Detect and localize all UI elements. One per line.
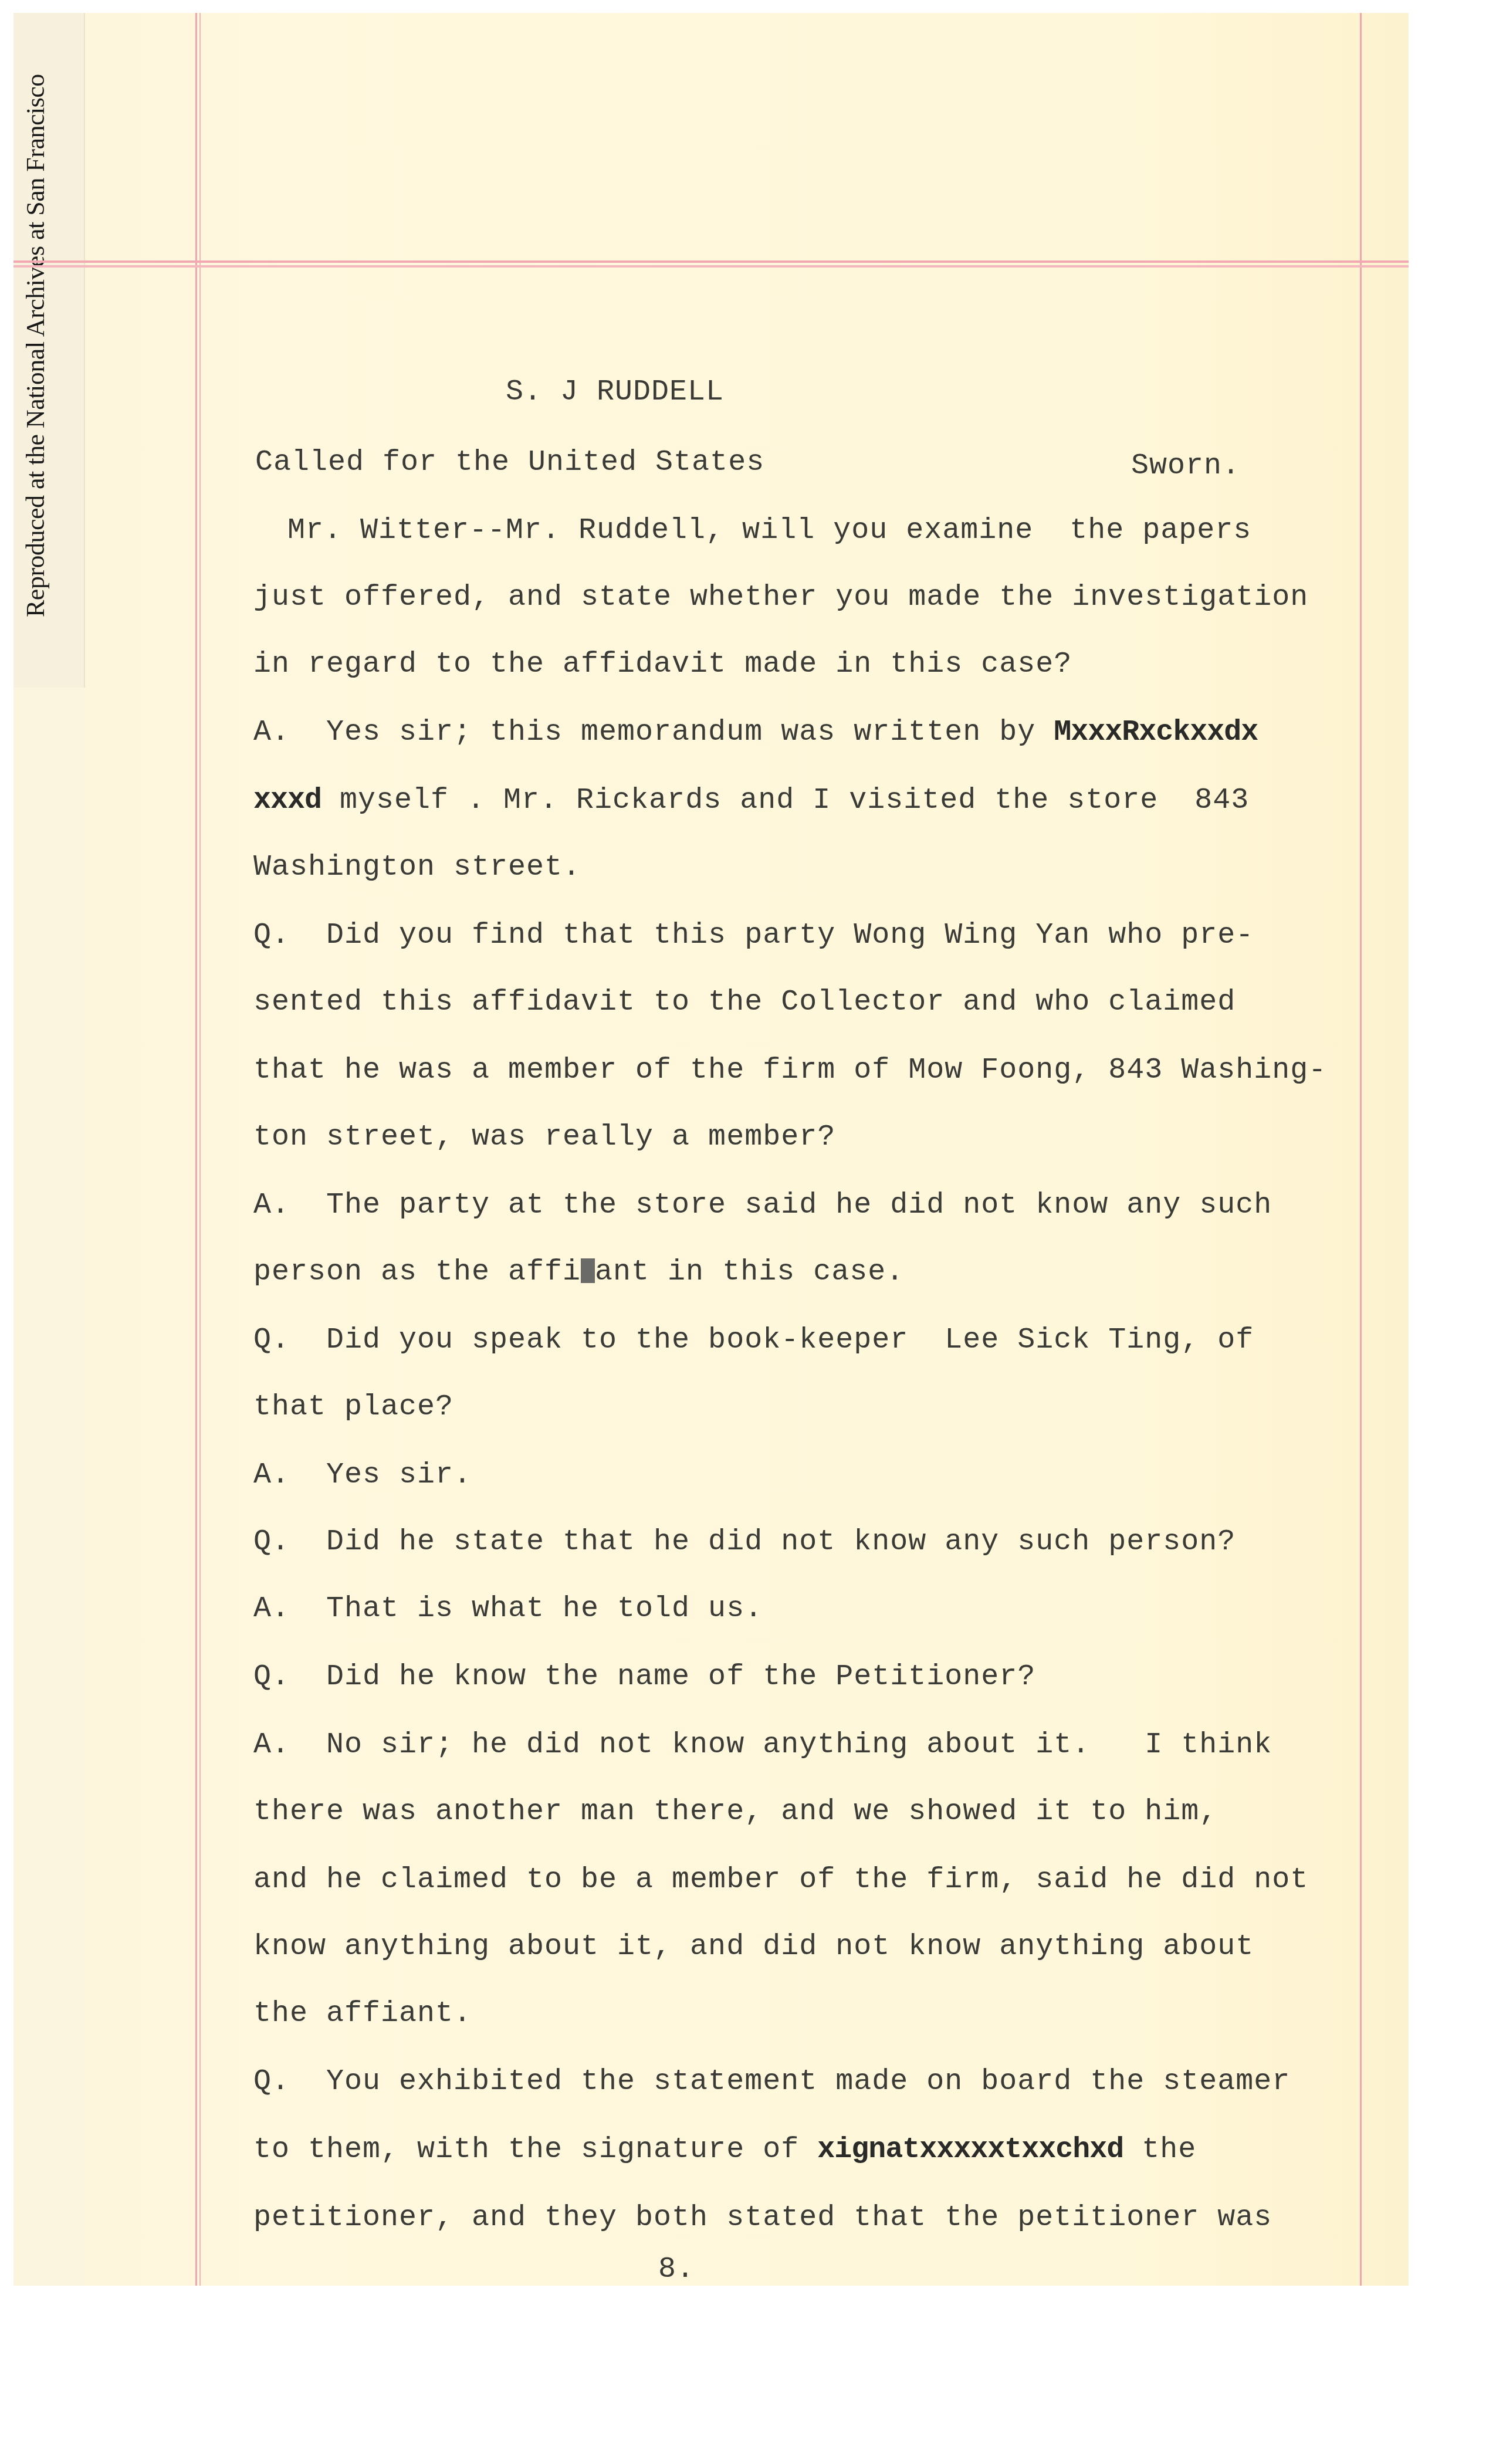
- testimony-line: know anything about it, and did not know…: [253, 1930, 1254, 1964]
- overtype-blot: [581, 1258, 595, 1283]
- line-text: A. Yes sir; this memorandum was written …: [253, 716, 1054, 749]
- testimony-line: Mr. Witter--Mr. Ruddell, will you examin…: [287, 514, 1251, 547]
- testimony-line: in regard to the affidavit made in this …: [253, 648, 1072, 681]
- witness-heading: S. J RUDDELL: [506, 375, 724, 409]
- testimony-line: A. Yes sir.: [253, 1458, 472, 1492]
- testimony-line: Q. You exhibited the statement made on b…: [253, 2065, 1290, 2099]
- testimony-line: person as the affiant in this case.: [253, 1255, 904, 1289]
- testimony-line: Q. Did he know the name of the Petitione…: [253, 1660, 1035, 1694]
- line-text: A. The party at the store said he did no…: [253, 1189, 1272, 1222]
- testimony-line: petitioner, and they both stated that th…: [253, 2201, 1272, 2235]
- testimony-line: A. Yes sir; this memorandum was written …: [253, 716, 1258, 749]
- testimony-line: A. That is what he told us.: [253, 1592, 763, 1626]
- archive-strip-lower: [13, 688, 84, 2286]
- testimony-line: A. The party at the store said he did no…: [253, 1189, 1272, 1222]
- line-text: Q. Did you speak to the book-keeper Lee …: [253, 1324, 1254, 1357]
- testimony-line: and he claimed to be a member of the fir…: [253, 1863, 1308, 1897]
- line-text: the affiant.: [253, 1997, 472, 2030]
- line-text: Q. You exhibited the statement made on b…: [253, 2065, 1290, 2099]
- line-text: Q. Did he know the name of the Petitione…: [253, 1660, 1035, 1694]
- testimony-line: that place?: [253, 1390, 453, 1424]
- testimony-line: Washington street.: [253, 851, 581, 884]
- line-text: sented this affidavit to the Collector a…: [253, 986, 1236, 1019]
- line-text: A. No sir; he did not know anything abou…: [253, 1728, 1272, 1762]
- line-text: know anything about it, and did not know…: [253, 1930, 1254, 1964]
- line-text: myself . Mr. Rickards and I visited the …: [321, 784, 1249, 817]
- struck-out-text: MxxxRxckxxdx: [1054, 716, 1258, 749]
- testimony-line: ton street, was really a member?: [253, 1121, 835, 1154]
- line-text: to them, with the signature of: [253, 2133, 817, 2167]
- sworn-label: Sworn.: [1131, 449, 1240, 483]
- line-text: the: [1123, 2133, 1196, 2167]
- line-text: that he was a member of the firm of Mow …: [253, 1054, 1326, 1087]
- page-number: 8.: [658, 2253, 695, 2286]
- struck-out-text: xignatxxxxxtxxchxd: [817, 2133, 1123, 2167]
- testimony-line: that he was a member of the firm of Mow …: [253, 1054, 1326, 1087]
- line-text: and he claimed to be a member of the fir…: [253, 1863, 1308, 1897]
- testimony-line: to them, with the signature of xignatxxx…: [253, 2133, 1196, 2167]
- testimony-line: Q. Did you speak to the book-keeper Lee …: [253, 1324, 1254, 1357]
- line-text: ant in this case.: [595, 1255, 904, 1289]
- testimony-line: sented this affidavit to the Collector a…: [253, 986, 1236, 1019]
- right-margin-rule: [1360, 13, 1362, 2286]
- testimony-line: xxxd myself . Mr. Rickards and I visited…: [253, 784, 1249, 817]
- line-text: Q. Did you find that this party Wong Win…: [253, 919, 1254, 952]
- line-text: person as the affi: [253, 1255, 581, 1289]
- left-margin-rule-secondary: [199, 13, 201, 2286]
- header-rule-secondary: [13, 265, 1409, 268]
- line-text: just offered, and state whether you made…: [253, 581, 1308, 614]
- testimony-line: there was another man there, and we show…: [253, 1795, 1217, 1829]
- testimony-line: Q. Did he state that he did not know any…: [253, 1525, 1236, 1559]
- struck-out-text: xxxd: [253, 784, 321, 817]
- line-text: A. Yes sir.: [253, 1458, 472, 1492]
- line-text: petitioner, and they both stated that th…: [253, 2201, 1272, 2235]
- line-text: that place?: [253, 1390, 453, 1424]
- testimony-line: A. No sir; he did not know anything abou…: [253, 1728, 1272, 1762]
- testimony-line: Q. Did you find that this party Wong Win…: [253, 919, 1254, 952]
- archive-stamp: Reproduced at the National Archives at S…: [21, 31, 49, 617]
- line-text: A. That is what he told us.: [253, 1592, 763, 1626]
- testimony-line: just offered, and state whether you made…: [253, 581, 1308, 614]
- testimony-line: the affiant.: [253, 1997, 472, 2030]
- line-text: Mr. Witter--Mr. Ruddell, will you examin…: [287, 514, 1251, 547]
- line-text: Washington street.: [253, 851, 581, 884]
- line-text: Q. Did he state that he did not know any…: [253, 1525, 1236, 1559]
- header-rule: [13, 260, 1409, 263]
- line-text: ton street, was really a member?: [253, 1121, 835, 1154]
- line-text: there was another man there, and we show…: [253, 1795, 1217, 1829]
- left-margin-rule: [195, 13, 197, 2286]
- line-text: in regard to the affidavit made in this …: [253, 648, 1072, 681]
- called-for-line: Called for the United States: [255, 446, 764, 479]
